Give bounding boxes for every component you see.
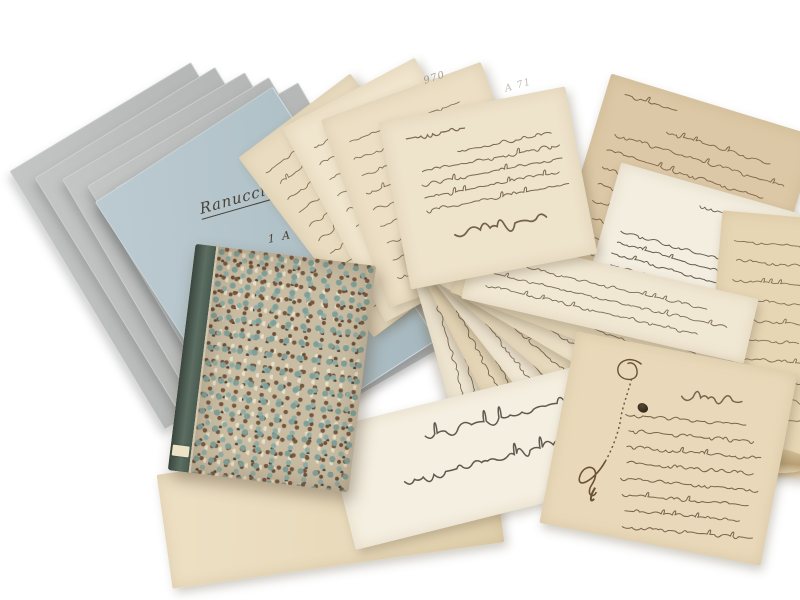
notebook-spine-label bbox=[172, 444, 190, 457]
marbled-notebook bbox=[168, 244, 376, 492]
handwriting-block bbox=[612, 401, 765, 547]
main-letter bbox=[379, 86, 598, 289]
manuscript-letter-bottom-right bbox=[539, 331, 797, 565]
pencil-number-2: A 71 bbox=[503, 77, 532, 95]
notebook-cover bbox=[189, 246, 377, 492]
photo-stage: Ranuccio II Farnese 1 A bbox=[0, 0, 800, 600]
